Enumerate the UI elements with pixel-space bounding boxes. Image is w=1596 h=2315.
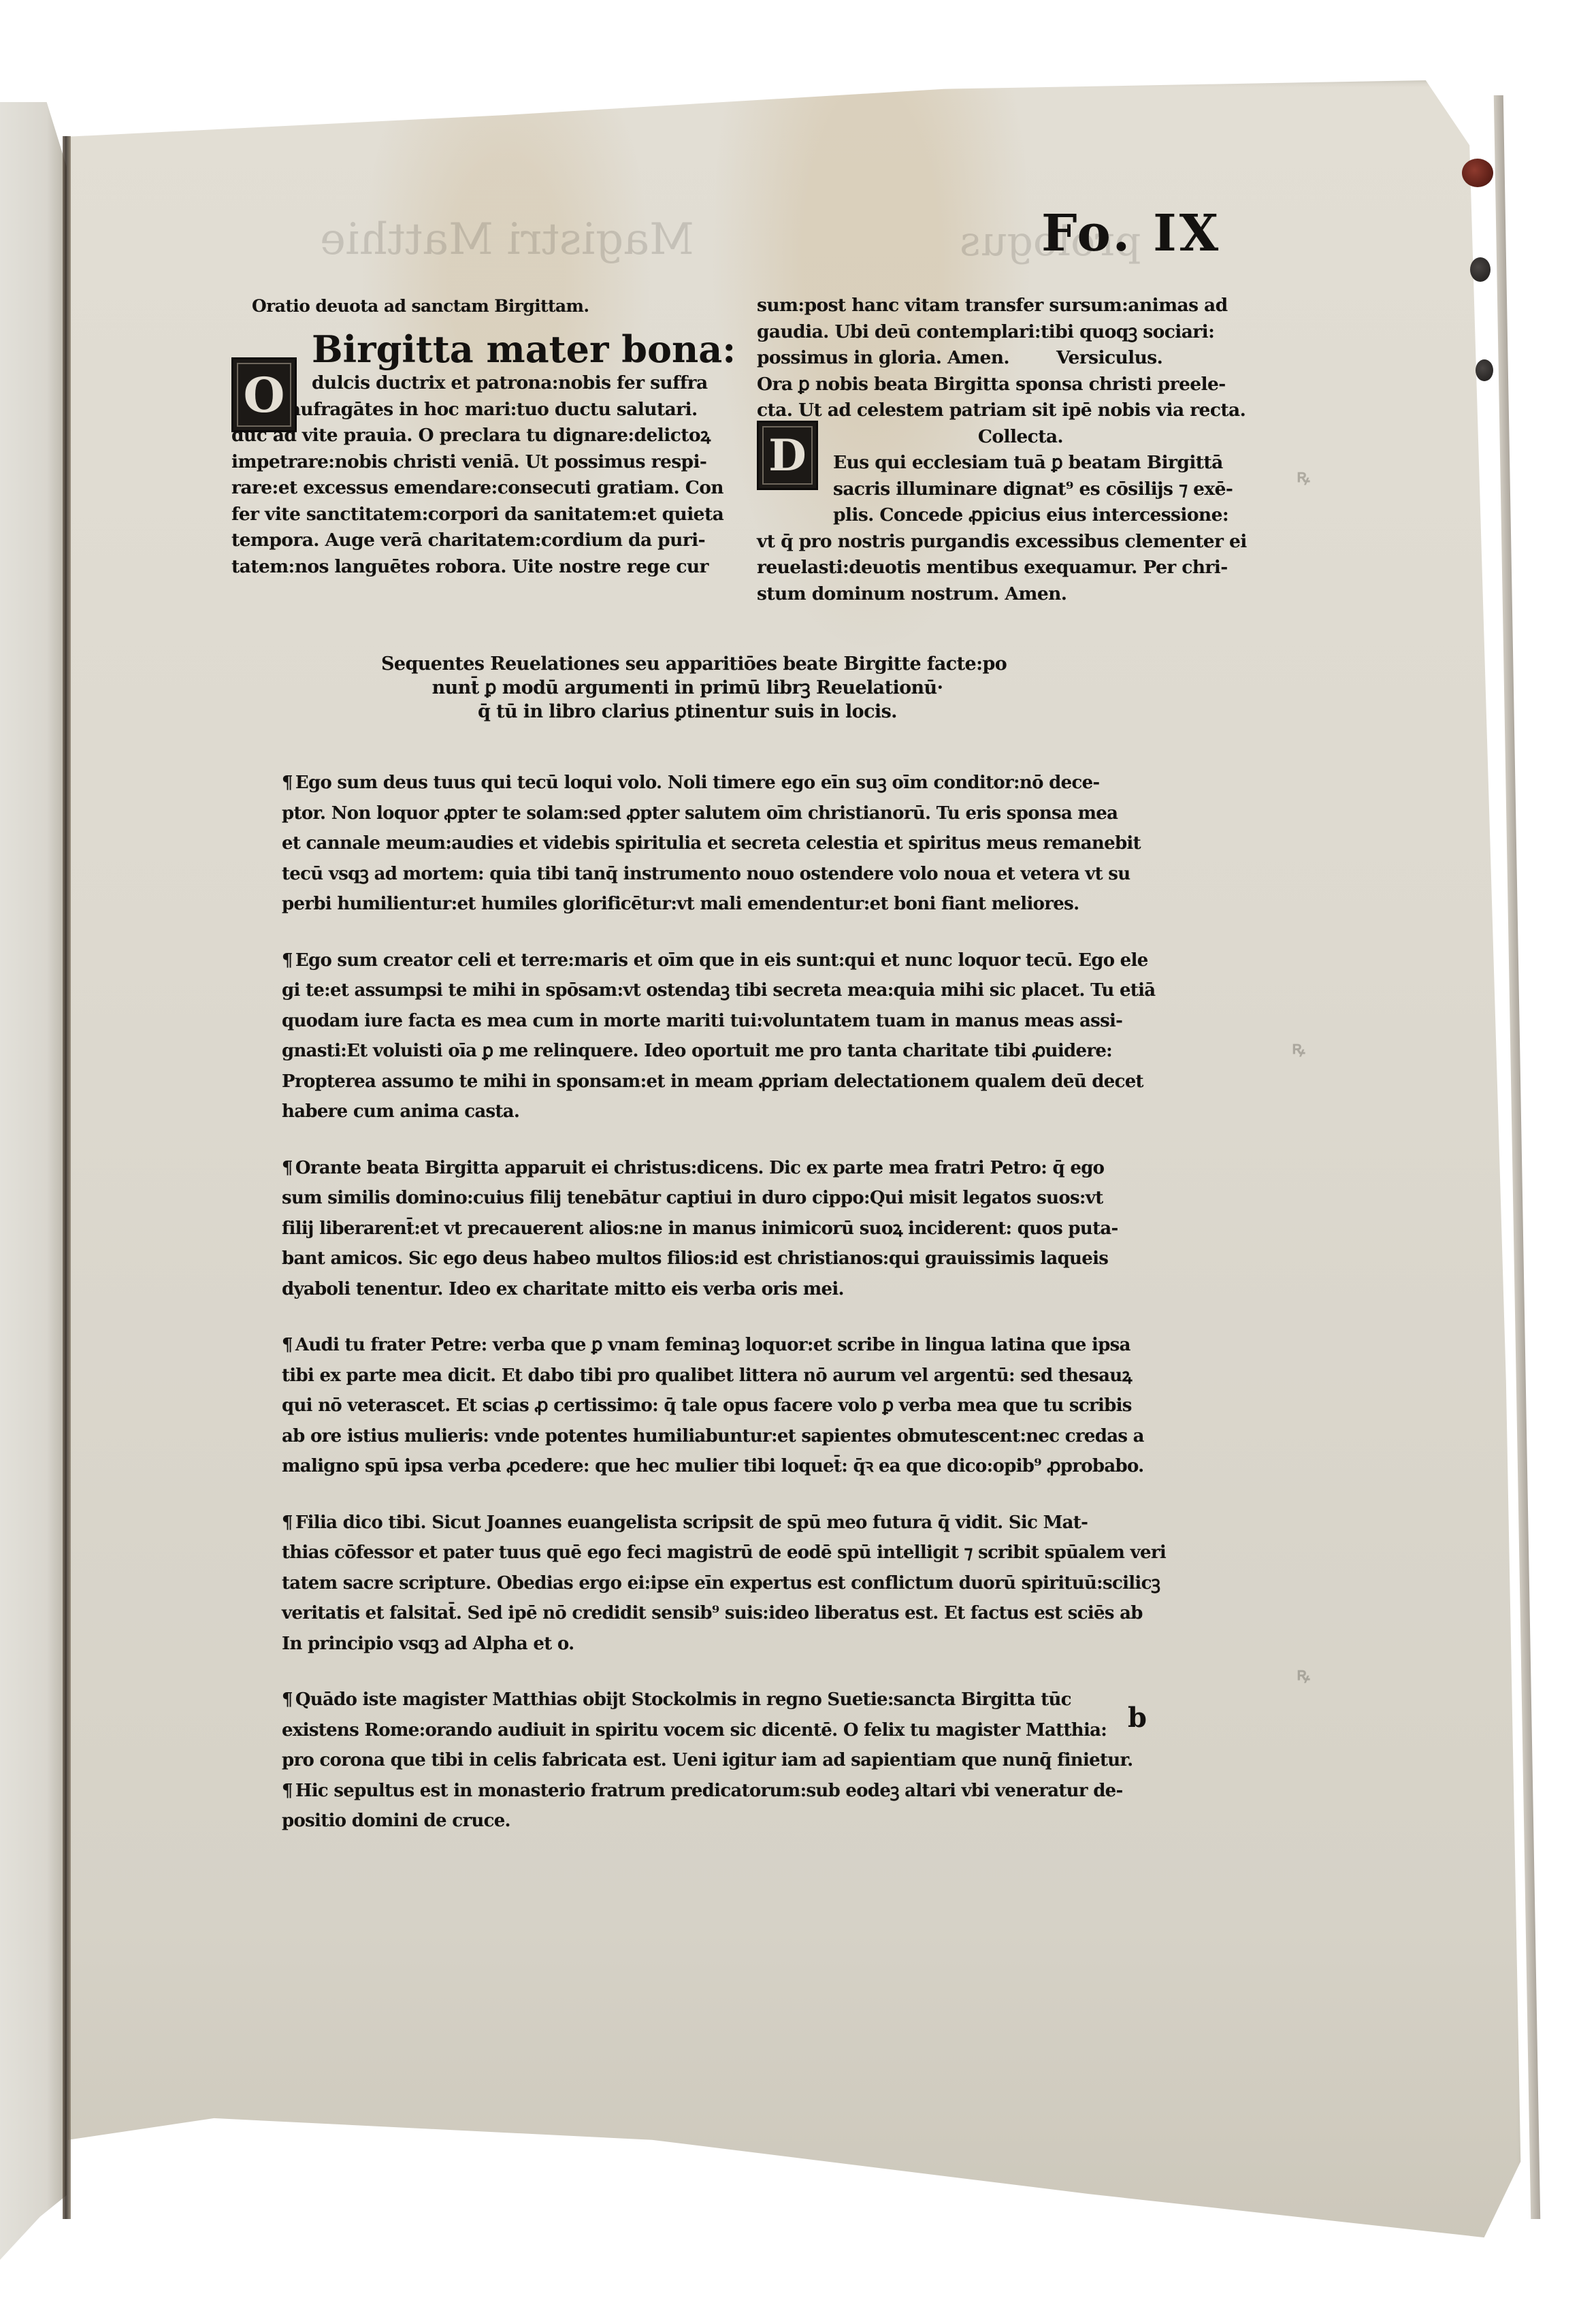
initial-letter: O bbox=[244, 367, 285, 423]
facing-page-edge bbox=[0, 102, 67, 2260]
margin-show-through: ꝶ bbox=[1297, 463, 1310, 487]
dark-fore-edge-tab-icon bbox=[1470, 257, 1491, 282]
paragraph-line: positio domini de cruce. bbox=[282, 1806, 1286, 1836]
prayer-line: rare:et excessus emendare:consecuti grat… bbox=[231, 475, 738, 502]
paragraph-line: Propterea assumo te mihi in sponsam:et i… bbox=[282, 1067, 1286, 1097]
paragraph-line: ptor. Non loquor ꝓpter te solam:sed ꝓpte… bbox=[282, 798, 1286, 829]
pilcrow-icon: ¶ bbox=[282, 1781, 293, 1801]
pilcrow-icon: ¶ bbox=[282, 1158, 293, 1178]
line-text: Filia dico tibi. Sicut Joannes euangelis… bbox=[295, 1512, 1088, 1533]
paragraph-line: perbi humilientur:et humiles glorificētu… bbox=[282, 889, 1286, 920]
prayer-column-left: Oratio deuota ad sanctam Birgittam. Birg… bbox=[231, 293, 738, 580]
paragraph-line: gi te:et assumpsi te mihi in spōsam:vt o… bbox=[282, 975, 1286, 1006]
prayer-line: cta. Ut ad celestem patriam sit ipē nobi… bbox=[757, 398, 1284, 424]
prayer-line: gia. Naufragātes in hoc mari:tuo ductu s… bbox=[231, 397, 738, 423]
pilcrow-icon: ¶ bbox=[282, 1689, 293, 1710]
prayer-heading: Oratio deuota ad sanctam Birgittam. bbox=[231, 293, 738, 320]
paragraph-line: filij liberarent̄:et vt precauerent alio… bbox=[282, 1214, 1286, 1244]
show-through-header-left: Magistri Matthie bbox=[320, 214, 694, 265]
red-fore-edge-tab-icon bbox=[1462, 159, 1493, 187]
pilcrow-icon: ¶ bbox=[282, 950, 293, 971]
paragraph-line: ¶Ego sum creator celi et terre:maris et … bbox=[282, 945, 1286, 976]
dark-fore-edge-tab-icon bbox=[1476, 359, 1493, 381]
paragraph: ¶Audi tu frater Petre: verba que ꝑ vnam … bbox=[282, 1330, 1286, 1482]
prayer-line: impetrare:nobis christi veniā. Ut possim… bbox=[231, 449, 738, 476]
initial-letter: D bbox=[768, 430, 807, 481]
paragraph-line: qui nō veterascet. Et scias ꝓ certissimo… bbox=[282, 1391, 1286, 1421]
paragraph-line: thias cōfessor et pater tuus quē ego fec… bbox=[282, 1538, 1286, 1568]
paragraph-line: ¶Orante beata Birgitta apparuit ei chris… bbox=[282, 1153, 1286, 1184]
pilcrow-icon: ¶ bbox=[282, 1512, 293, 1533]
collect-line: stum dominum nostrum. Amen. bbox=[757, 581, 1284, 608]
paragraph-line: tecū vsqꝫ ad mortem: quia tibi tanq̄ ins… bbox=[282, 859, 1286, 890]
heading-line: nunt̄ ꝑ modū argumenti in primū librꝫ Re… bbox=[381, 676, 994, 700]
line-text: Quādo iste magister Matthias obijt Stock… bbox=[295, 1689, 1071, 1710]
revelations-heading: Sequentes Reuelationes seu apparitiōes b… bbox=[381, 652, 994, 724]
pilcrow-icon: ¶ bbox=[282, 1335, 293, 1355]
margin-show-through: ꝶ bbox=[1297, 1661, 1310, 1685]
collect-line: plis. Concede ꝓpicius eius intercessione… bbox=[757, 502, 1284, 529]
prayer-line: possimus in gloria. Amen. Versiculus. bbox=[757, 345, 1284, 372]
prayer-line: Ora ꝑ nobis beata Birgitta sponsa christ… bbox=[757, 372, 1284, 398]
line-text: Ego sum deus tuus qui tecū loqui volo. N… bbox=[295, 773, 1100, 793]
paragraph-line: ab ore istius mulieris: vnde potentes hu… bbox=[282, 1421, 1286, 1452]
paragraph-line: maligno spū ipsa verba ꝓcedere: que hec … bbox=[282, 1451, 1286, 1482]
prayer-line: gaudia. Ubi deū contemplari:tibi quoqꝫ s… bbox=[757, 319, 1284, 346]
paragraph-line: ¶Audi tu frater Petre: verba que ꝑ vnam … bbox=[282, 1330, 1286, 1361]
revelations-body: ¶Ego sum deus tuus qui tecū loqui volo. … bbox=[282, 768, 1286, 1862]
paragraph-line: In principio vsqꝫ ad Alpha et o. bbox=[282, 1629, 1286, 1660]
book-gutter bbox=[63, 136, 71, 2219]
paragraph-line: ¶Filia dico tibi. Sicut Joannes euangeli… bbox=[282, 1508, 1286, 1538]
paragraph-line: dyaboli tenentur. Ideo ex charitate mitt… bbox=[282, 1274, 1286, 1305]
margin-show-through: ꝶ bbox=[1292, 1035, 1305, 1059]
heading-line: Sequentes Reuelationes seu apparitiōes b… bbox=[381, 652, 994, 676]
line-text: Orante beata Birgitta apparuit ei christ… bbox=[295, 1158, 1104, 1178]
collect-line: sacris illuminare dignat⁹ es cōsilijs ⁊ … bbox=[757, 476, 1284, 503]
collect-line: Eus qui ecclesiam tuā ꝑ beatam Birgittā bbox=[757, 450, 1284, 476]
prayer-line: sum:post hanc vitam transfer sursum:anim… bbox=[757, 293, 1284, 319]
paragraph-line: habere cum anima casta. bbox=[282, 1097, 1286, 1127]
paragraph-line: tibi ex parte mea dicit. Et dabo tibi pr… bbox=[282, 1361, 1286, 1391]
paragraph-line: bant amicos. Sic ego deus habeo multos f… bbox=[282, 1244, 1286, 1274]
paragraph: ¶Orante beata Birgitta apparuit ei chris… bbox=[282, 1153, 1286, 1305]
paragraph: ¶Hic sepultus est in monasterio fratrum … bbox=[282, 1776, 1286, 1836]
paragraph-line: gnasti:Et voluisti oīa ꝑ me relinquere. … bbox=[282, 1036, 1286, 1067]
woodcut-initial-d-icon: D bbox=[757, 421, 818, 490]
pilcrow-icon: ¶ bbox=[282, 773, 293, 793]
prayer-line: fer vite sanctitatem:corpori da sanitate… bbox=[231, 502, 738, 528]
paragraph: ¶Ego sum deus tuus qui tecū loqui volo. … bbox=[282, 768, 1286, 920]
line-text: Ego sum creator celi et terre:maris et o… bbox=[295, 950, 1148, 971]
paragraph-line: tatem sacre scripture. Obedias ergo ei:i… bbox=[282, 1568, 1286, 1599]
collecta-heading: Collecta. bbox=[757, 424, 1284, 451]
signature-mark: b bbox=[1128, 1702, 1147, 1734]
paragraph-line: veritatis et falsitat̄. Sed ipē nō credi… bbox=[282, 1598, 1286, 1629]
paragraph-line: ¶Ego sum deus tuus qui tecū loqui volo. … bbox=[282, 768, 1286, 798]
prayer-line: dulcis ductrix et patrona:nobis fer suff… bbox=[231, 370, 738, 397]
prayer-incipit: Birgitta mater bona: bbox=[231, 328, 738, 370]
paragraph: ¶Filia dico tibi. Sicut Joannes euangeli… bbox=[282, 1508, 1286, 1660]
woodcut-initial-o-icon: O bbox=[231, 357, 297, 432]
prayer-column-right: sum:post hanc vitam transfer sursum:anim… bbox=[757, 293, 1284, 607]
folio-number: Fo. IX bbox=[1041, 204, 1221, 263]
paragraph: ¶Ego sum creator celi et terre:maris et … bbox=[282, 945, 1286, 1127]
line-text: Audi tu frater Petre: verba que ꝑ vnam f… bbox=[295, 1335, 1130, 1355]
prayer-line: tempora. Auge verā charitatem:cordium da… bbox=[231, 528, 738, 554]
line-text: Hic sepultus est in monasterio fratrum p… bbox=[295, 1781, 1123, 1801]
paragraph-line: pro corona que tibi in celis fabricata e… bbox=[282, 1745, 1286, 1776]
collect-line: reuelasti:deuotis mentibus exequamur. Pe… bbox=[757, 555, 1284, 581]
collect-line: vt q̄ pro nostris purgandis excessibus c… bbox=[757, 529, 1284, 555]
paragraph-line: ¶Hic sepultus est in monasterio fratrum … bbox=[282, 1776, 1286, 1807]
prayer-line: tatem:nos languētes robora. Uite nostre … bbox=[231, 554, 738, 581]
paragraph-line: et cannale meum:audies et videbis spirit… bbox=[282, 828, 1286, 859]
paragraph-line: sum similis domino:cuius filij tenebātur… bbox=[282, 1183, 1286, 1214]
prayer-line: duc ad vite prauia. O preclara tu dignar… bbox=[231, 423, 738, 449]
paragraph-line: quodam iure facta es mea cum in morte ma… bbox=[282, 1006, 1286, 1037]
heading-line: q̄ tū in libro clarius ꝑtinentur suis in… bbox=[381, 700, 994, 724]
